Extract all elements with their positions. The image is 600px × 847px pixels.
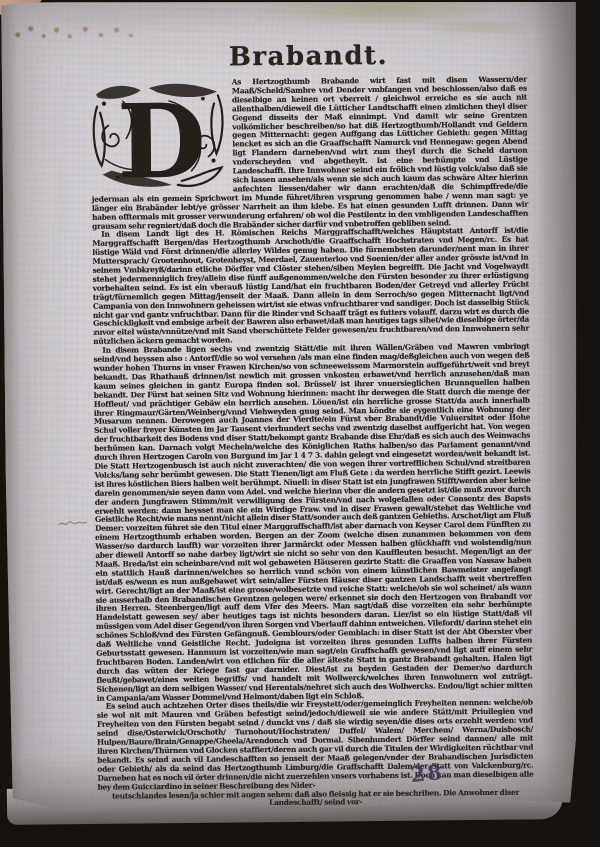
paragraph-2: In disem Landt ligt des H. Römischen Rei… <box>92 227 529 347</box>
margin-pen-mark <box>58 516 88 532</box>
photo-background: { "document": { "title": "Brabandt.", "d… <box>0 0 600 847</box>
body-text: D As Hertzogthumb Brabande wirt fast mit… <box>91 76 534 819</box>
paragraph-4-text: Es seind auch achtzehen Orter dises thei… <box>97 698 534 791</box>
page-title: Brabandt. <box>90 40 526 74</box>
drop-cap-initial: D <box>91 80 226 193</box>
drop-cap-letter: D <box>117 82 206 194</box>
paragraph-3-text: In disem Brabande ligen sechs vnd zwentz… <box>93 342 532 703</box>
paragraph-1: D As Hertzogthumb Brabande wirt fast mit… <box>91 76 528 232</box>
page-sheet: Brabandt. <box>1 0 586 819</box>
stain-top-smear-2 <box>416 17 546 36</box>
handwritten-page-number: 28 <box>409 759 444 787</box>
page-curl-shadow-right <box>534 0 586 813</box>
paragraph-2-text: In disem Landt ligt des H. Römischen Rei… <box>92 226 529 346</box>
paragraph-3: In disem Brabande ligen sechs vnd zwentz… <box>93 343 532 703</box>
paragraph-4: Es seind auch achtzehen Orter dises thei… <box>97 699 534 792</box>
text-block: Brabandt. <box>90 40 534 819</box>
